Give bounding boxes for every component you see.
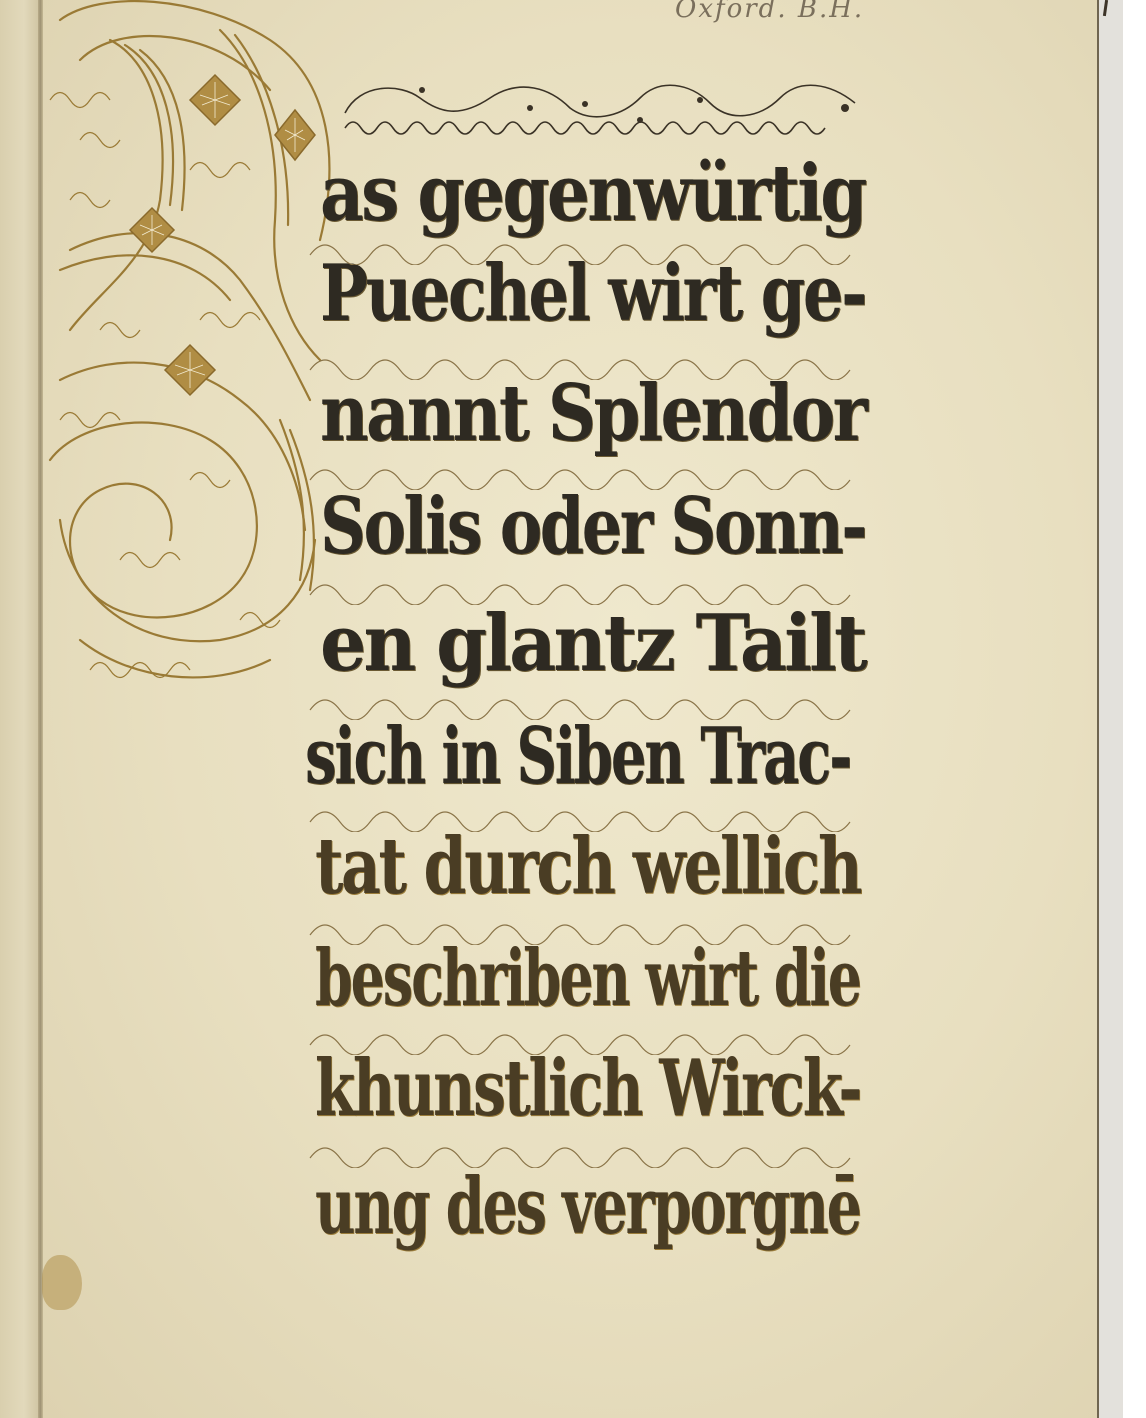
interline-flourish [300,235,870,265]
interline-flourish [300,802,870,832]
facing-page-edge [0,0,40,1418]
text-line: nannt Splendor [320,375,865,453]
interline-flourish [300,460,870,490]
text-line: as gegenwürtig [320,155,865,233]
scan-mat [1099,0,1123,1418]
text-line: khunstlich Wirck- [315,1050,860,1128]
scan-background [1123,0,1146,1418]
text-line: beschriben wirt die [315,940,860,1018]
interline-flourish [300,690,870,720]
interline-flourish [300,1138,870,1168]
top-scroll-border [340,78,860,140]
interline-flourish [300,575,870,605]
text-line: Solis oder Sonn- [320,488,865,566]
interline-flourish [300,915,870,945]
flourished-initial-d [40,0,340,720]
text-line: Puechel wirt ge- [320,255,865,333]
text-line: en glantz Tailt [320,605,865,683]
interline-flourish [300,350,870,380]
stain-mark [42,1255,82,1310]
manuscript-scan: Oxford. B.H. [0,0,1146,1418]
text-line: ung des verporgnē [315,1168,860,1246]
interline-flourish [300,1025,870,1055]
shelfmark-annotation: Oxford. B.H. [675,0,864,24]
text-line: tat durch wellich [315,828,860,906]
text-line: sich in Siben Trac- [305,718,850,796]
